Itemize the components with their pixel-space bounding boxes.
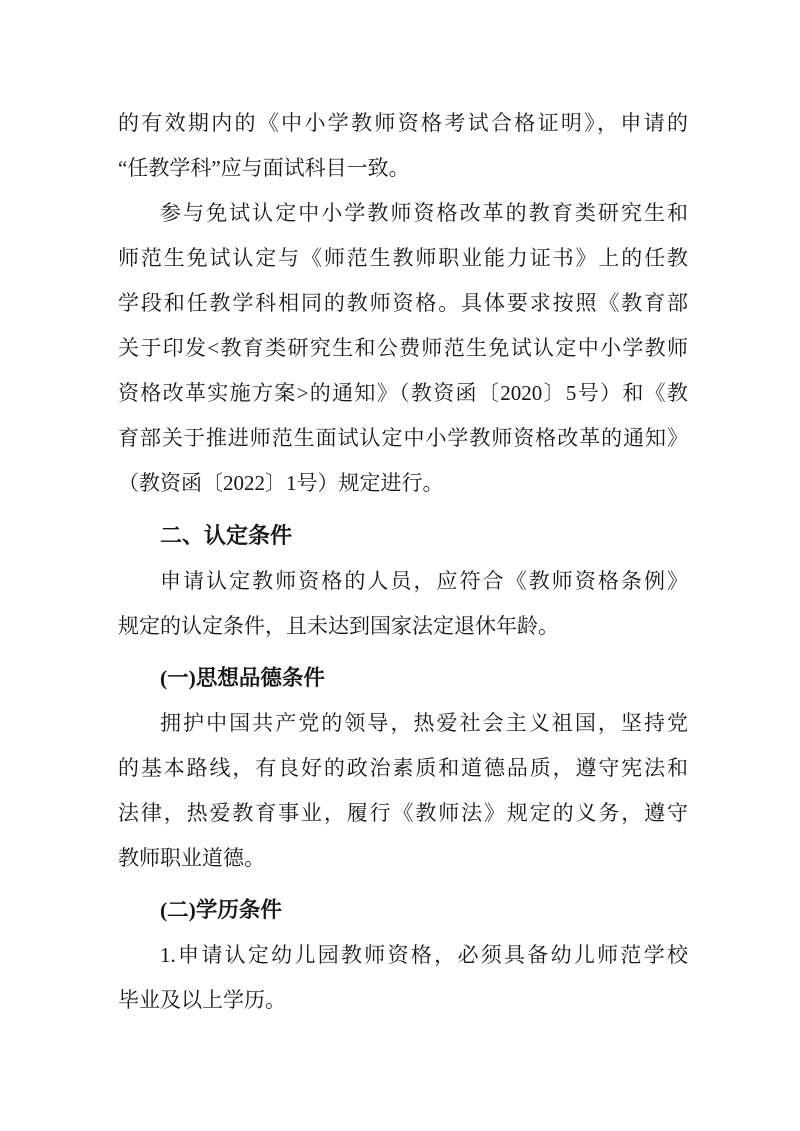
text-line: 申请认定教师资格的人员，应符合《教师资格条例》: [118, 559, 688, 604]
text-line: 1.申请认定幼儿园教师资格，必须具备幼儿师范学校: [118, 933, 688, 978]
text-line: 教师职业道德。: [118, 836, 688, 881]
text-line: （教资函〔2022〕1号）规定进行。: [118, 461, 688, 506]
text-line: “任教学科”应与面试科目一致。: [118, 146, 688, 191]
text-line: 学段和任教学科相同的教师资格。具体要求按照《教育部: [118, 281, 688, 326]
text-line: 关于印发<教育类研究生和公费师范生免试认定中小学教师: [118, 326, 688, 371]
text-line: 师范生免试认定与《师范生教师职业能力证书》上的任教: [118, 236, 688, 281]
text-line: 的基本路线，有良好的政治素质和道德品质，遵守宪法和: [118, 746, 688, 791]
document-page: 的有效期内的《中小学教师资格考试合格证明》，申请的“任教学科”应与面试科目一致。…: [0, 0, 800, 1131]
text-line: 参与免试认定中小学教师资格改革的教育类研究生和: [118, 191, 688, 236]
text-line: 毕业及以上学历。: [118, 978, 688, 1023]
document-lines: 的有效期内的《中小学教师资格考试合格证明》，申请的“任教学科”应与面试科目一致。…: [118, 101, 688, 1023]
text-line: 拥护中国共产党的领导，热爱社会主义祖国，坚持党: [118, 701, 688, 746]
section-heading: (二)学历条件: [118, 887, 688, 933]
section-heading: 二、认定条件: [118, 513, 688, 559]
text-line: 资格改革实施方案>的通知》（教资函〔2020〕5号）和《教: [118, 371, 688, 416]
text-line: 育部关于推进师范生面试认定中小学教师资格改革的通知》: [118, 416, 688, 461]
text-line: 规定的认定条件，且未达到国家法定退休年龄。: [118, 604, 688, 649]
text-line: 法律，热爱教育事业，履行《教师法》规定的义务，遵守: [118, 791, 688, 836]
text-line: 的有效期内的《中小学教师资格考试合格证明》，申请的: [118, 101, 688, 146]
section-heading: (一)思想品德条件: [118, 655, 688, 701]
